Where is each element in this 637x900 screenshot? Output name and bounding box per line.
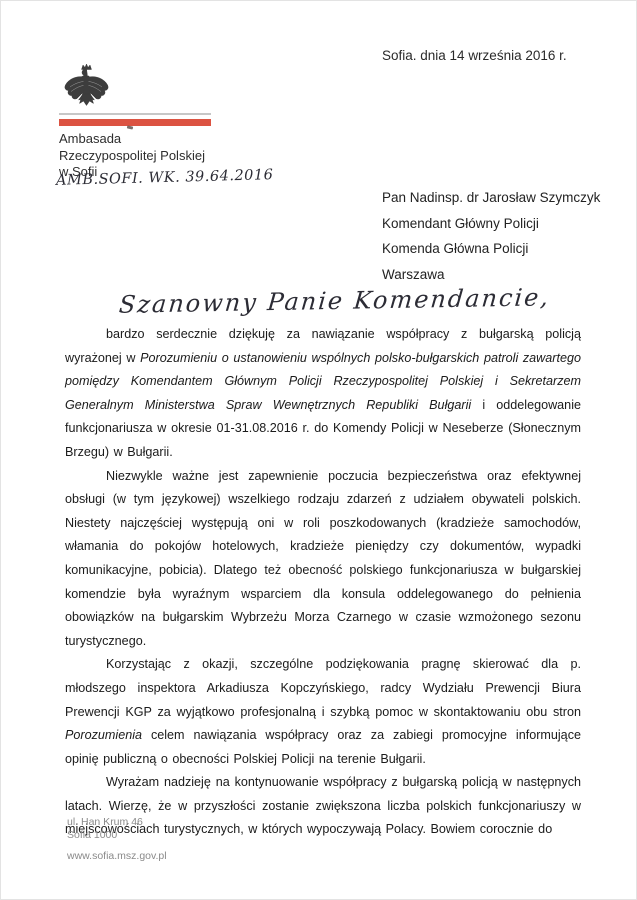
handwritten-salutation: Szanowny Panie Komendancie, [118, 283, 551, 319]
sender-line-2: Rzeczypospolitej Polskiej [59, 148, 205, 165]
recipient-block: Pan Nadinsp. dr Jarosław Szymczyk Komend… [382, 185, 600, 287]
date-line: Sofia. dnia 14 września 2016 r. [382, 48, 567, 63]
footer-address-line-2: Sofia 1000 [67, 829, 167, 842]
footer-block: ul. Han Krum 46 Sofia 1000 www.sofia.msz… [67, 816, 167, 863]
paragraph: bardzo serdecznie dziękuję za nawiązanie… [65, 323, 581, 465]
recipient-institution: Komenda Główna Policji [382, 236, 600, 262]
sender-line-1: Ambasada [59, 131, 205, 148]
body-paragraphs: bardzo serdecznie dziękuję za nawiązanie… [65, 323, 581, 842]
letterhead-red-bar [59, 119, 211, 126]
pen-tick-mark [127, 125, 133, 129]
paragraph: Korzystając z okazji, szczególne podzięk… [65, 653, 581, 771]
footer-website: www.sofia.msz.gov.pl [67, 850, 167, 863]
recipient-city: Warszawa [382, 262, 600, 288]
recipient-name: Pan Nadinsp. dr Jarosław Szymczyk [382, 185, 600, 211]
footer-address-line-1: ul. Han Krum 46 [67, 816, 167, 829]
recipient-title: Komendant Główny Policji [382, 211, 600, 237]
letterhead-thin-rule [59, 113, 211, 115]
scanned-letter-page: Sofia. dnia 14 września 2016 r. Ambasada… [0, 0, 637, 900]
polish-eagle-icon [61, 61, 111, 117]
paragraph: Niezwykle ważne jest zapewnienie poczuci… [65, 465, 581, 654]
